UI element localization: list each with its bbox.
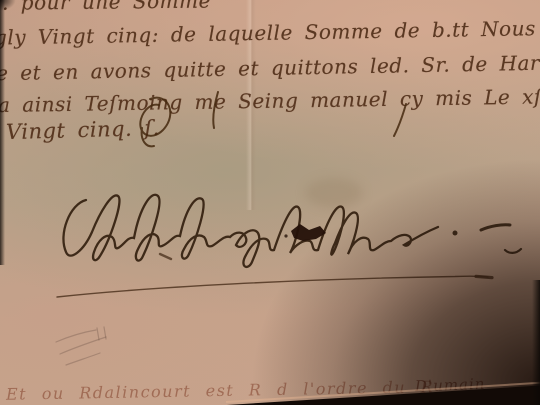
shadow-bottom-right [210, 125, 540, 405]
photo-corner-shadow [0, 0, 16, 11]
manuscript-photo: . pour une Somme me donne et gly Vingt c… [0, 0, 540, 405]
manuscript-line-5: Vingt cinq. ſ. [6, 116, 160, 144]
photo-edge-left [0, 0, 5, 265]
photo-edge-right [532, 280, 540, 405]
